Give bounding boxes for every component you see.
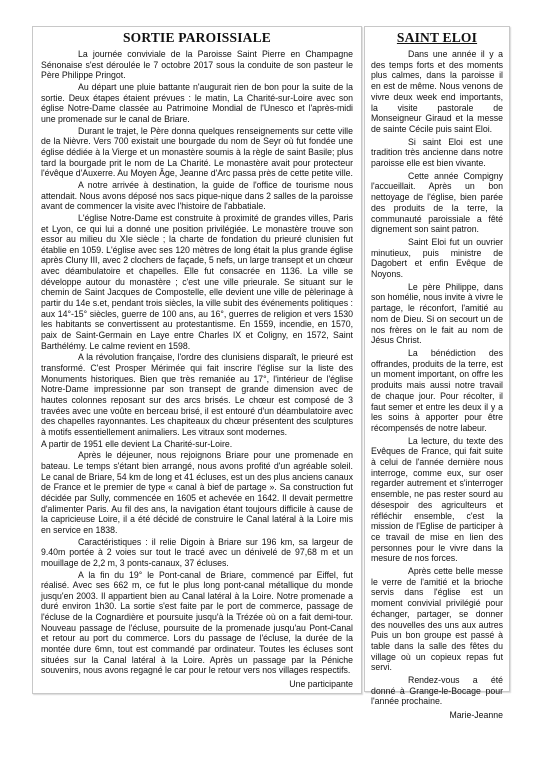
- paragraph: Le père Philippe, dans son homélie, nous…: [371, 282, 503, 346]
- paragraph: A la révolution française, l'ordre des c…: [41, 352, 353, 437]
- paragraph: Au départ une pluie battante n'augurait …: [41, 82, 353, 125]
- paragraph: La lecture, du texte des Evêques de Fran…: [371, 436, 503, 564]
- paragraph: Rendez-vous a été donné à Grange-le-Boca…: [371, 675, 503, 707]
- paragraph: A notre arrivée à destination, la guide …: [41, 180, 353, 212]
- article-saint-eloi: SAINT ELOI Dans une année il y a des tem…: [364, 26, 510, 692]
- article-title: SAINT ELOI: [371, 30, 503, 46]
- paragraph: Caractéristiques : il relie Digoin à Bri…: [41, 537, 353, 569]
- article-sortie-paroissiale: SORTIE PAROISSIALE La journée conviviale…: [32, 26, 362, 694]
- paragraph: A partir de 1951 elle devient La Charité…: [41, 439, 353, 450]
- author-signature: Marie-Jeanne: [371, 710, 503, 721]
- article-title: SORTIE PAROISSIALE: [41, 30, 353, 46]
- paragraph: Saint Eloi fut un ouvrier minutieux, pui…: [371, 237, 503, 280]
- author-signature: Une participante: [41, 679, 353, 690]
- paragraph: Si saint Eloi est une tradition très anc…: [371, 137, 503, 169]
- paragraph: La bénédiction des offrandes, produits d…: [371, 348, 503, 434]
- paragraph: L'église Notre-Dame est construite à pro…: [41, 213, 353, 352]
- paragraph: Durant le trajet, le Père donna quelques…: [41, 126, 353, 179]
- paragraph: La journée conviviale de la Paroisse Sai…: [41, 49, 353, 81]
- paragraph: Après le déjeuner, nous rejoignons Briar…: [41, 450, 353, 535]
- paragraph: Après cette belle messe le verre de l'am…: [371, 566, 503, 673]
- paragraph: Cette année Compigny l'accueillait. Aprè…: [371, 171, 503, 235]
- paragraph: A la fin du 19° le Pont-canal de Briare,…: [41, 570, 353, 677]
- paragraph: Dans une année il y a des temps forts et…: [371, 49, 503, 135]
